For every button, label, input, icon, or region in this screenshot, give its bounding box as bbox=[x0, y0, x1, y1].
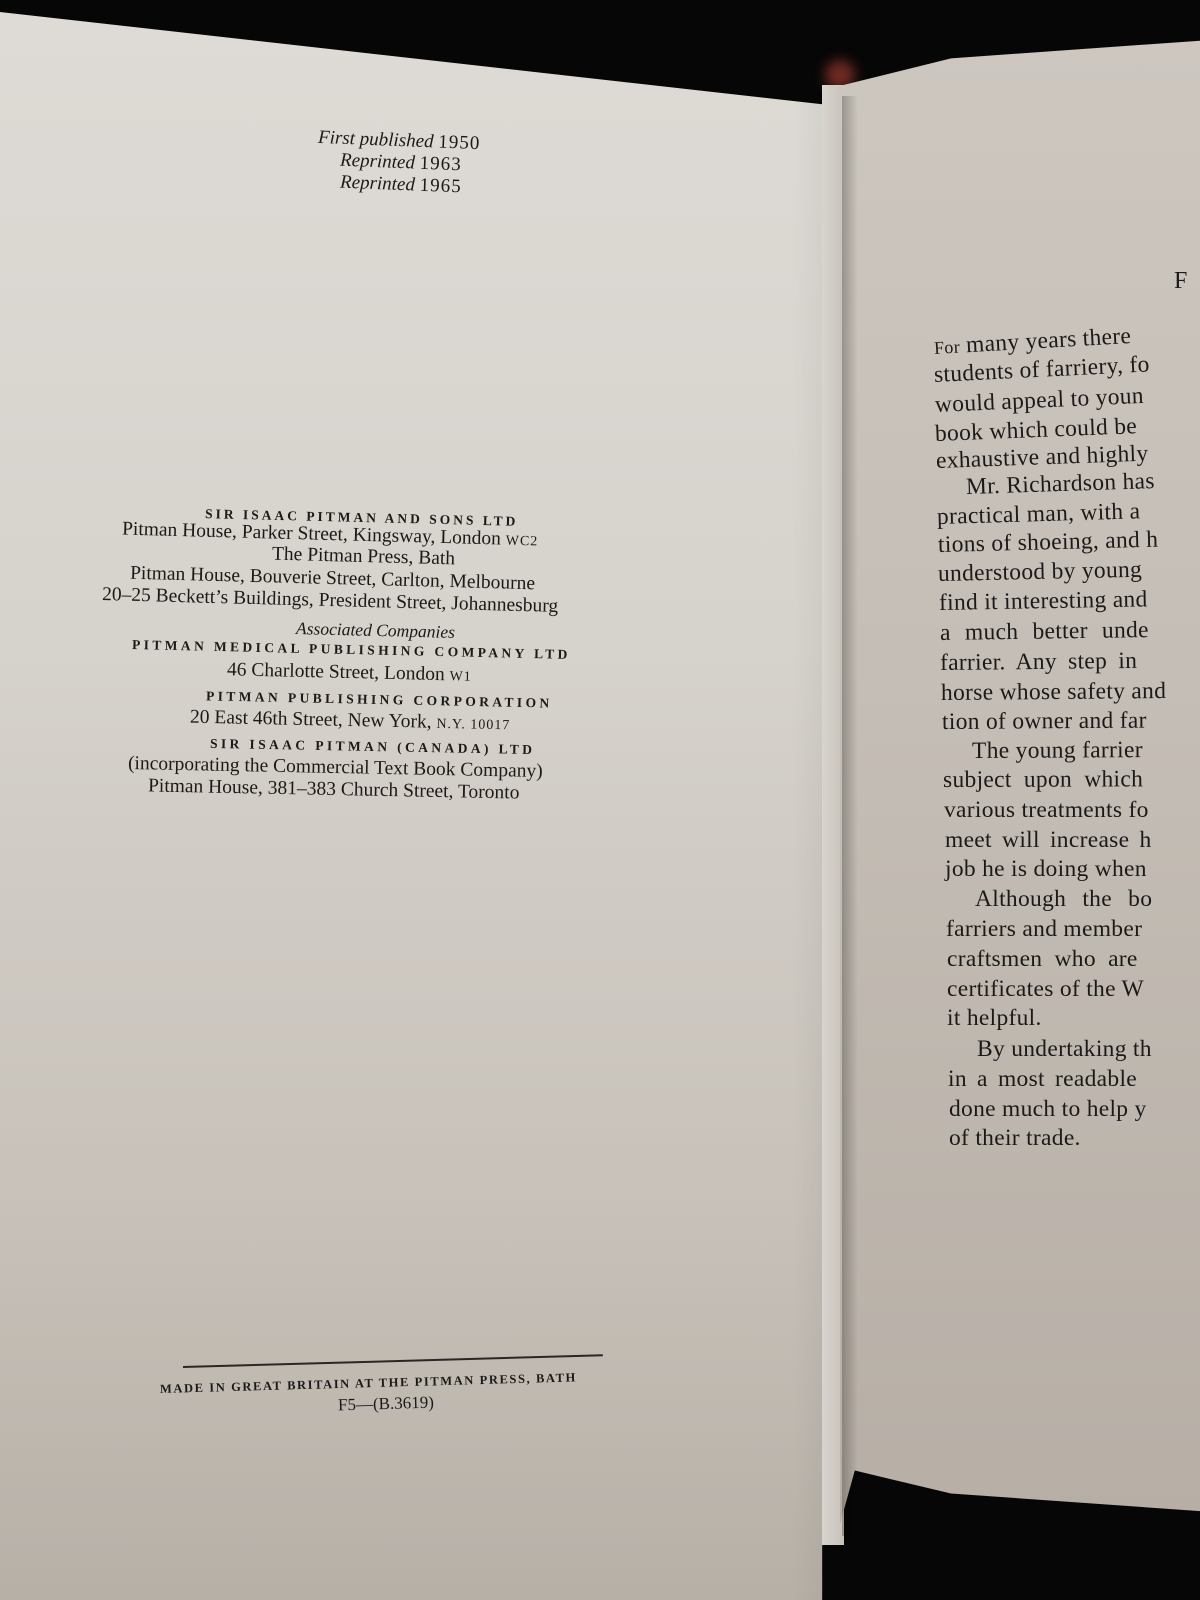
associated-name-medical: PITMAN MEDICAL PUBLISHING COMPANY LTD bbox=[132, 637, 571, 663]
left-page: First published 1950 Reprinted 1963 Repr… bbox=[0, 12, 852, 1600]
imprint-label: First published bbox=[318, 127, 434, 152]
foreword-line: job he is doing when bbox=[945, 856, 1147, 883]
foreword-line: tions of shoeing, and h bbox=[938, 527, 1159, 559]
associated-companies-heading: Associated Companies bbox=[296, 618, 455, 643]
foreword-line: By undertaking th bbox=[977, 1036, 1152, 1063]
foreword-line: farrier. Any step in bbox=[940, 648, 1137, 677]
foreword-line: in a most readable bbox=[948, 1066, 1137, 1093]
colophon-made-in: MADE IN GREAT BRITAIN AT THE PITMAN PRES… bbox=[160, 1370, 577, 1397]
foreword-line: various treatments fo bbox=[944, 797, 1149, 824]
associated-address-newyork: 20 East 46th Street, New York, N.Y. 1001… bbox=[190, 707, 511, 736]
imprint-year: 1950 bbox=[438, 132, 481, 155]
foreword-line: of their trade. bbox=[949, 1125, 1081, 1152]
foreword-line: understood by young bbox=[938, 557, 1143, 588]
imprint-label: Reprinted bbox=[340, 150, 416, 174]
foreword-line: done much to help y bbox=[949, 1096, 1147, 1123]
foreword-line: certificates of the W bbox=[947, 976, 1144, 1003]
foreword-line: a much better unde bbox=[940, 617, 1149, 647]
foreword-line: it helpful. bbox=[947, 1005, 1042, 1032]
address-text: 20 East 46th Street, New York, bbox=[190, 707, 432, 733]
drop-caps-lead: For bbox=[933, 337, 960, 358]
foreword-line: practical man, with a bbox=[937, 498, 1141, 531]
associated-address-medical: 46 Charlotte Street, London W1 bbox=[227, 659, 472, 687]
foreword-line: find it interesting and bbox=[939, 586, 1148, 617]
imprint-reprinted-2: Reprinted 1965 bbox=[340, 172, 462, 199]
foreword-heading: F bbox=[1174, 268, 1187, 295]
book-gutter bbox=[842, 96, 858, 1536]
foreword-line: craftsmen who are bbox=[947, 946, 1138, 973]
postcode: WC2 bbox=[506, 534, 539, 550]
foreword-line: subject upon which bbox=[943, 766, 1143, 794]
foreword-line: farriers and member bbox=[946, 916, 1142, 943]
colophon-code: F5—(B.3619) bbox=[338, 1393, 434, 1416]
imprint-year: 1965 bbox=[419, 175, 462, 198]
imprint-label: Reprinted bbox=[340, 172, 416, 196]
postcode: W1 bbox=[449, 669, 472, 685]
foreword-line: Although the bo bbox=[975, 886, 1152, 913]
address-text: 46 Charlotte Street, London bbox=[227, 659, 445, 685]
foreword-line: tion of owner and far bbox=[942, 708, 1147, 736]
colophon-rule bbox=[183, 1354, 603, 1368]
foreword-line: horse whose safety and bbox=[941, 678, 1166, 707]
foreword-line: meet will increase h bbox=[945, 827, 1152, 854]
foreword-line: The young farrier bbox=[972, 737, 1143, 765]
imprint-year: 1963 bbox=[419, 153, 462, 176]
postcode: N.Y. 10017 bbox=[436, 717, 510, 734]
